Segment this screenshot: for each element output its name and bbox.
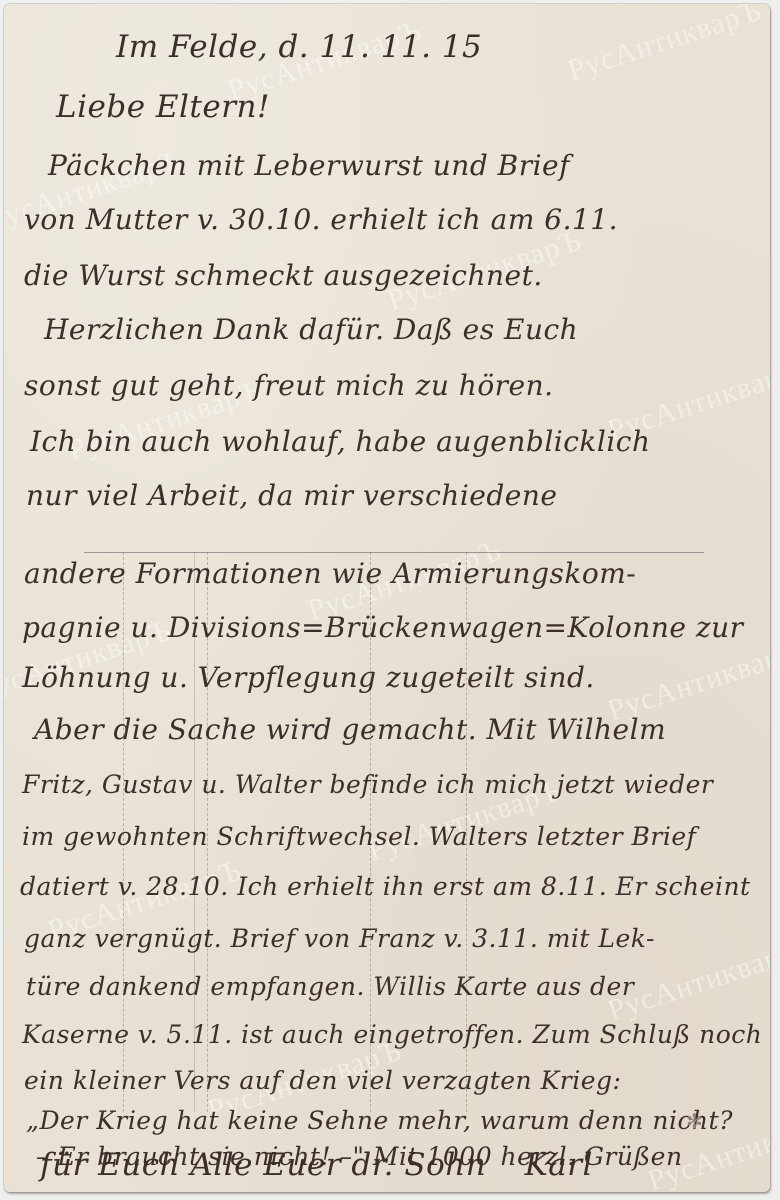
body-line: die Wurst schmeckt ausgezeichnet.: [24, 262, 543, 290]
body-line: von Mutter v. 30.10. erhielt ich am 6.11…: [24, 206, 618, 234]
scan-viewport: РусАнтикварЪ РусАнтикварЪ РусАнтикварЪ Р…: [0, 0, 780, 1200]
body-line: Päckchen mit Leberwurst und Brief: [48, 152, 570, 180]
body-line: ein kleiner Vers auf den viel verzagten …: [24, 1068, 621, 1093]
body-line: ganz vergnügt. Brief von Franz v. 3.11. …: [24, 926, 655, 951]
closing-text: für Euch Alle Euer dr. Sohn Karl: [40, 1150, 593, 1181]
body-line: Fritz, Gustav u. Walter befinde ich mich…: [22, 772, 713, 797]
closing-greeting: für Euch Alle Euer dr. Sohn: [40, 1147, 486, 1183]
emblem-icon: ✻: [686, 1109, 703, 1133]
body-line: datiert v. 28.10. Ich erhielt ihn erst a…: [20, 874, 751, 899]
salutation: Liebe Eltern!: [56, 92, 270, 123]
body-line: Kaserne v. 5.11. ist auch eingetroffen. …: [22, 1022, 762, 1047]
body-line: türe dankend empfangen. Willis Karte aus…: [26, 974, 634, 999]
body-line: pagnie u. Divisions=Brückenwagen=Kolonne…: [22, 614, 744, 642]
signature: Karl: [525, 1147, 593, 1183]
body-line: nur viel Arbeit, da mir verschiedene: [26, 482, 557, 510]
watermark: РусАнтикварЪ: [564, 4, 766, 88]
body-line: im gewohnten Schriftwechsel. Walters let…: [22, 824, 696, 849]
body-line: Herzlichen Dank dafür. Daß es Euch: [44, 316, 578, 344]
body-line: sonst gut geht, freut mich zu hören.: [24, 372, 554, 400]
body-line: „Der Krieg hat keine Sehne mehr, warum d…: [26, 1108, 733, 1133]
postcard: РусАнтикварЪ РусАнтикварЪ РусАнтикварЪ Р…: [4, 4, 770, 1192]
body-line: andere Formationen wie Armierungskom-: [24, 560, 636, 588]
body-line: Ich bin auch wohlauf, habe augenblicklic…: [30, 428, 651, 456]
body-line: Löhnung u. Verpflegung zugeteilt sind.: [22, 664, 595, 692]
printed-divider-line: [84, 552, 704, 553]
body-line: Aber die Sache wird gemacht. Mit Wilhelm: [34, 716, 666, 744]
place-date: Im Felde, d. 11. 11. 15: [116, 32, 482, 63]
